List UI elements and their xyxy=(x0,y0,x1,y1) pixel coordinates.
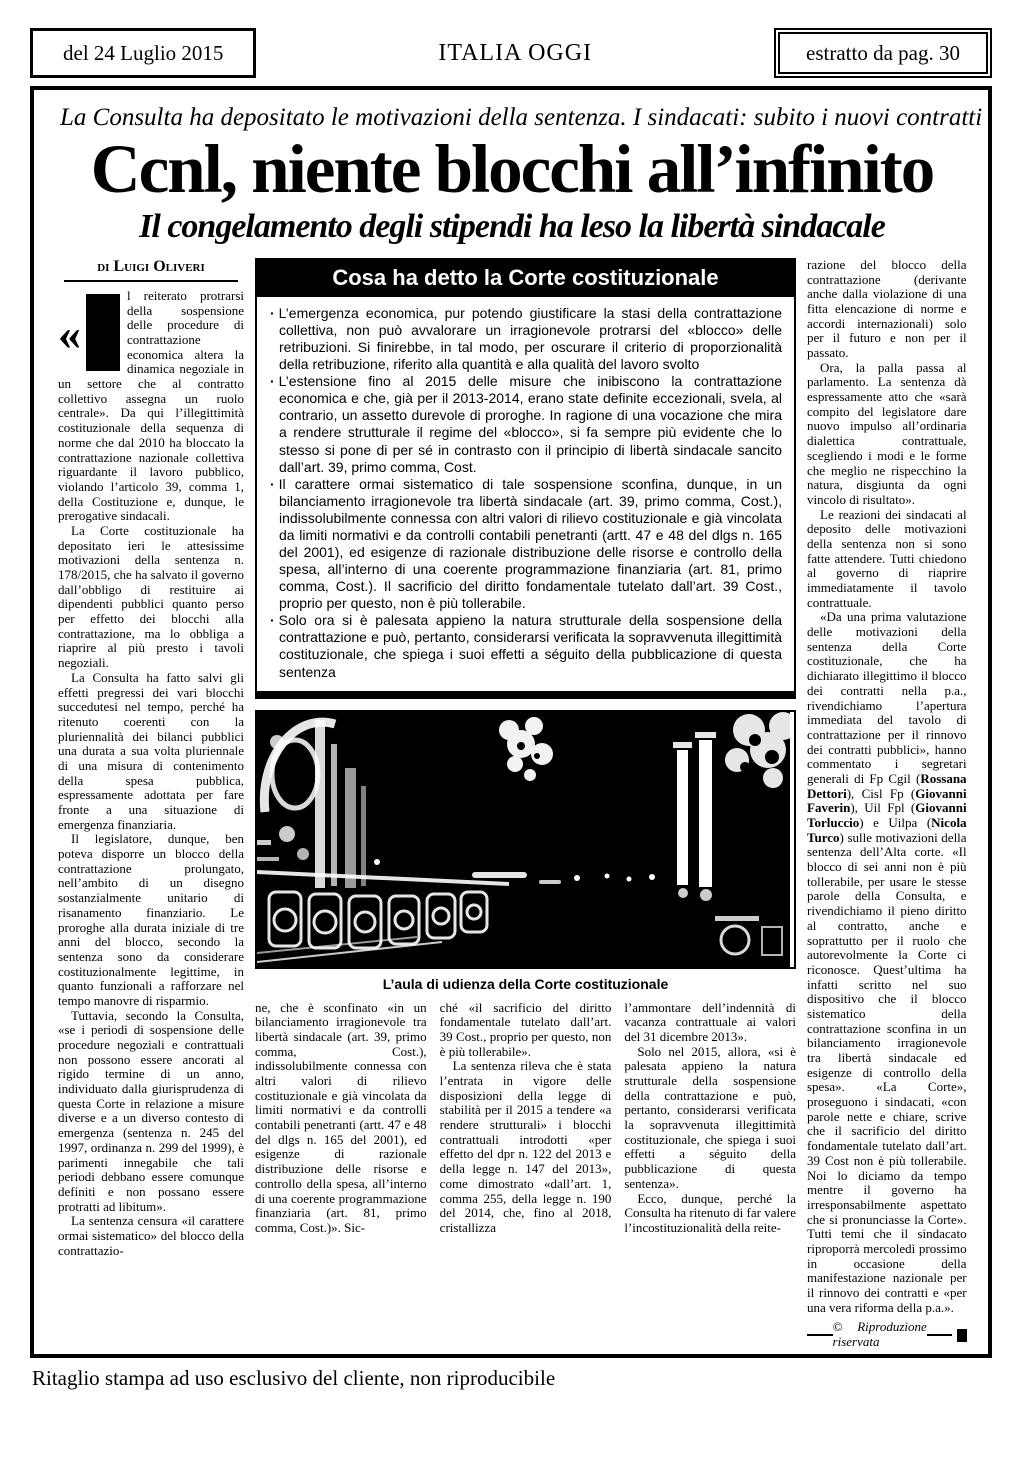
box-body: ·L’emergenza economica, pur potendo gius… xyxy=(257,297,794,691)
paragraph: razione del blocco della contrattazione … xyxy=(807,258,967,361)
drop-cap-letter-i: I xyxy=(86,294,120,371)
paragraph: Il legislatore, dunque, ben poteva dispo… xyxy=(58,832,244,1008)
bullet-glyph: · xyxy=(270,476,275,492)
paragraph-text: ) e Uilpa ( xyxy=(859,815,931,830)
end-square-mark xyxy=(957,1329,966,1342)
courtroom-photo-art xyxy=(257,712,790,967)
bottom-column-3: l’ammontare dell’indennità di vacanza co… xyxy=(624,1001,796,1236)
byline: di Luigi Oliveri xyxy=(64,258,238,282)
article-frame: La Consulta ha depositato le motivazioni… xyxy=(30,86,992,1358)
paragraph-text: ) sulle motivazioni della sentenza dell’… xyxy=(807,830,967,1315)
signoff-text: © Riproduzione riservata xyxy=(833,1320,927,1349)
paragraph: Ora, la palla passa al parlamento. La se… xyxy=(807,361,967,508)
article-columns: di Luigi Oliveri « I l reiterato protrar… xyxy=(58,258,966,1350)
bullet-glyph: · xyxy=(270,373,275,389)
left-column: di Luigi Oliveri « I l reiterato protrar… xyxy=(58,258,244,1350)
bottom-columns: ne, che è sconfinato «in un bilanciament… xyxy=(255,1001,796,1236)
paragraph-text: «Da una prima valutazione delle motivazi… xyxy=(807,609,967,786)
copyright-signoff: © Riproduzione riservata xyxy=(807,1320,967,1349)
paragraph: « I l reiterato protrarsi della sospensi… xyxy=(58,289,244,524)
clip-header: del 24 Luglio 2015 ITALIA OGGI estratto … xyxy=(30,28,992,78)
bullet-item: ·Solo ora si è palesata appieno la natur… xyxy=(265,612,782,680)
bullet-item: ·L’estensione fino al 2015 delle misure … xyxy=(265,373,782,475)
bullet-text: Solo ora si è palesata appieno la natura… xyxy=(279,612,782,679)
open-quote-mark: « xyxy=(58,311,81,357)
paragraph: «Da una prima valutazione delle motivazi… xyxy=(807,610,967,1315)
bullet-item: ·Il carattere ormai sistematico di tale … xyxy=(265,476,782,613)
clip-date: del 24 Luglio 2015 xyxy=(63,41,223,66)
paragraph-text: ), Uil Fpl ( xyxy=(850,800,915,815)
paragraph: Solo nel 2015, allora, «si è palesata ap… xyxy=(624,1045,796,1192)
paragraph: Ecco, dunque, perché la Consulta ha rite… xyxy=(624,1192,796,1236)
page-ref: estratto da pag. 30 xyxy=(806,41,960,66)
paragraph-text: ), Cisl Fp ( xyxy=(847,786,916,801)
paragraph: La sentenza rileva che è stata l’entrata… xyxy=(440,1059,612,1235)
box-title: Cosa ha detto la Corte costituzionale xyxy=(257,260,794,297)
bullet-text: Il carattere ormai sistematico di tale s… xyxy=(279,476,782,612)
headline: Ccnl, niente blocchi all’infinito xyxy=(58,134,966,204)
bullet-glyph: · xyxy=(270,612,275,628)
paragraph: La sentenza censura «il carattere ormai … xyxy=(58,1214,244,1258)
courtroom-photo xyxy=(255,710,796,969)
masthead: ITALIA OGGI xyxy=(438,40,592,67)
newspaper-clipping-page: del 24 Luglio 2015 ITALIA OGGI estratto … xyxy=(0,0,1024,1458)
paragraph: La Consulta ha fatto salvi gli effetti p… xyxy=(58,671,244,833)
photo-caption: L’aula di udienza della Corte costituzio… xyxy=(255,976,796,992)
page-ref-box: estratto da pag. 30 xyxy=(774,28,992,78)
paragraph: Tuttavia, secondo la Consulta, «se i per… xyxy=(58,1009,244,1215)
bullet-text: L’estensione fino al 2015 delle misure c… xyxy=(279,373,782,474)
subheadline: Il congelamento degli stipendi ha leso l… xyxy=(58,208,966,246)
court-statement-box: Cosa ha detto la Corte costituzionale ·L… xyxy=(255,258,796,699)
bottom-column-2: ché «il sacrificio del diritto fondament… xyxy=(440,1001,612,1236)
bullet-item: ·L’emergenza economica, pur potendo gius… xyxy=(265,305,782,373)
footer-note: Ritaglio stampa ad uso esclusivo del cli… xyxy=(32,1366,555,1391)
paragraph: ne, che è sconfinato «in un bilanciament… xyxy=(255,1001,427,1236)
strapline: La Consulta ha depositato le motivazioni… xyxy=(60,104,966,132)
center-column: Cosa ha detto la Corte costituzionale ·L… xyxy=(255,258,796,1350)
signoff-rule-left xyxy=(807,1334,833,1336)
paragraph: ché «il sacrificio del diritto fondament… xyxy=(440,1001,612,1060)
bullet-glyph: · xyxy=(270,305,275,321)
date-box: del 24 Luglio 2015 xyxy=(30,28,256,78)
paragraph: La Corte costituzionale ha depositato ie… xyxy=(58,524,244,671)
bottom-column-1: ne, che è sconfinato «in un bilanciament… xyxy=(255,1001,427,1236)
signoff-rule-right xyxy=(927,1334,953,1336)
right-column: razione del blocco della contrattazione … xyxy=(807,258,967,1350)
bullet-text: L’emergenza economica, pur potendo giust… xyxy=(279,305,782,372)
paragraph: l’ammontare dell’indennità di vacanza co… xyxy=(624,1001,796,1045)
paragraph: Le reazioni dei sindacati al deposito de… xyxy=(807,508,967,611)
